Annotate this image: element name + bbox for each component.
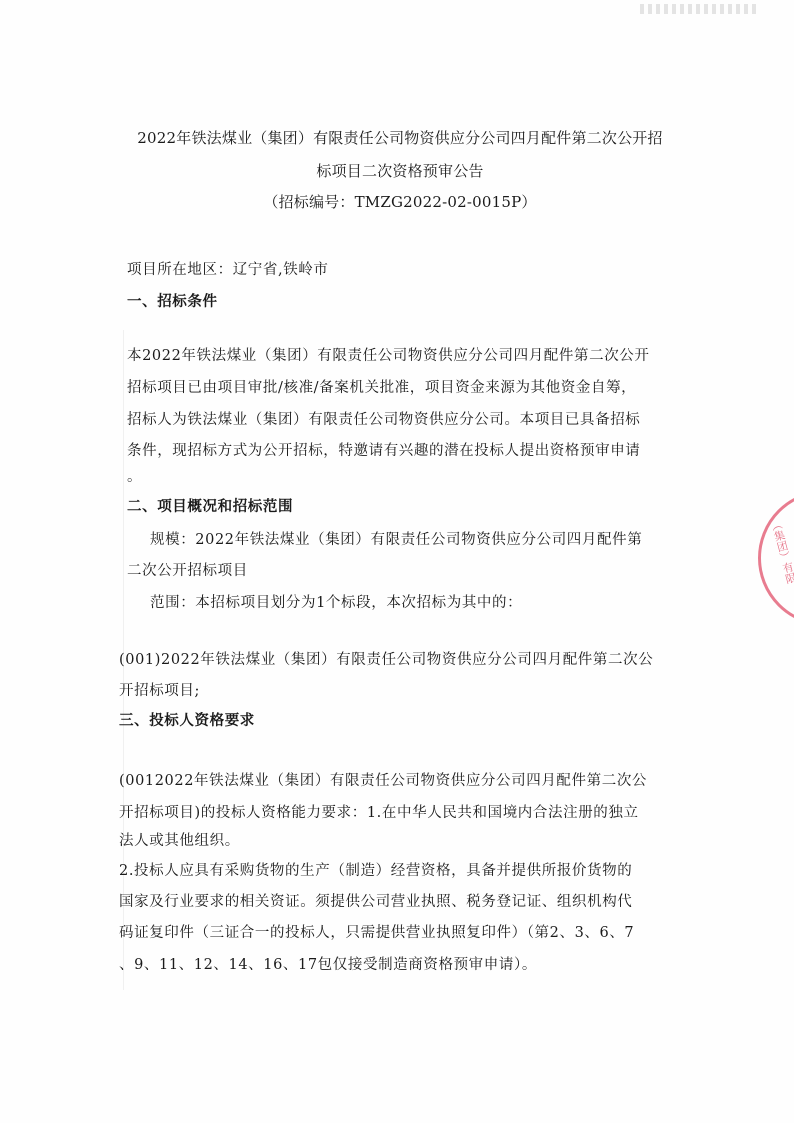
- lot-line: (001)2022年铁法煤业（集团）有限责任公司物资供应分公司四月配件第二次公: [119, 650, 653, 670]
- qualification-line: 国家及行业要求的相关资证。须提供公司营业执照、税务登记证、组织机构代: [119, 892, 632, 912]
- paragraph-line: 招标项目已由项目审批/核准/备案机关批准，项目资金来源为其他资金自筹，: [127, 378, 636, 398]
- scale-line: 规模：2022年铁法煤业（集团）有限责任公司物资供应分公司四月配件第: [150, 530, 642, 550]
- document-title-line-2: 标项目二次资格预审公告: [120, 161, 680, 181]
- scan-artifact: [640, 4, 760, 14]
- scale-line-continued: 二次公开招标项目: [127, 561, 248, 581]
- paragraph-line: 本2022年铁法煤业（集团）有限责任公司物资供应分公司四月配件第二次公开: [127, 346, 650, 366]
- lot-line-continued: 开招标项目;: [119, 681, 200, 701]
- qualification-line: 法人或其他组织。: [119, 831, 240, 851]
- qualification-line: 2.投标人应具有采购货物的生产（制造）经营资格，具备并提供所报价货物的: [119, 861, 632, 881]
- tender-number: （招标编号：TMZG2022-02-0015P）: [120, 192, 680, 212]
- scope-line: 范围：本招标项目划分为1个标段，本次招标为其中的：: [150, 593, 522, 613]
- qualification-line: (0012022年铁法煤业（集团）有限责任公司物资供应分公司四月配件第二次公: [119, 771, 647, 791]
- document-page: 2022年铁法煤业（集团）有限责任公司物资供应分公司四月配件第二次公开招 标项目…: [0, 0, 794, 1123]
- paragraph-line: 招标人为铁法煤业（集团）有限责任公司物资供应分公司。本项目已具备招标: [127, 410, 640, 430]
- qualification-line: 开招标项目)的投标人资格能力要求：1.在中华人民共和国境内合法注册的独立: [119, 803, 639, 823]
- paragraph-line: 。: [127, 467, 142, 487]
- document-title-line-1: 2022年铁法煤业（集团）有限责任公司物资供应分公司四月配件第二次公开招: [120, 128, 680, 148]
- section-heading-tender-conditions: 一、招标条件: [127, 292, 218, 312]
- paragraph-line: 条件，现招标方式为公开招标，特邀请有兴趣的潜在投标人提出资格预审申请: [127, 441, 640, 461]
- section-heading-project-overview: 二、项目概况和招标范围: [127, 497, 293, 517]
- qualification-line: 、9、11、12、14、16、17包仅接受制造商资格预审申请）。: [119, 955, 537, 975]
- project-location: 项目所在地区：辽宁省,铁岭市: [127, 260, 329, 280]
- qualification-line: 码证复印件（三证合一的投标人，只需提供营业执照复印件）（第2、3、6、7: [119, 923, 634, 943]
- section-heading-bidder-qualifications: 三、投标人资格要求: [119, 711, 255, 731]
